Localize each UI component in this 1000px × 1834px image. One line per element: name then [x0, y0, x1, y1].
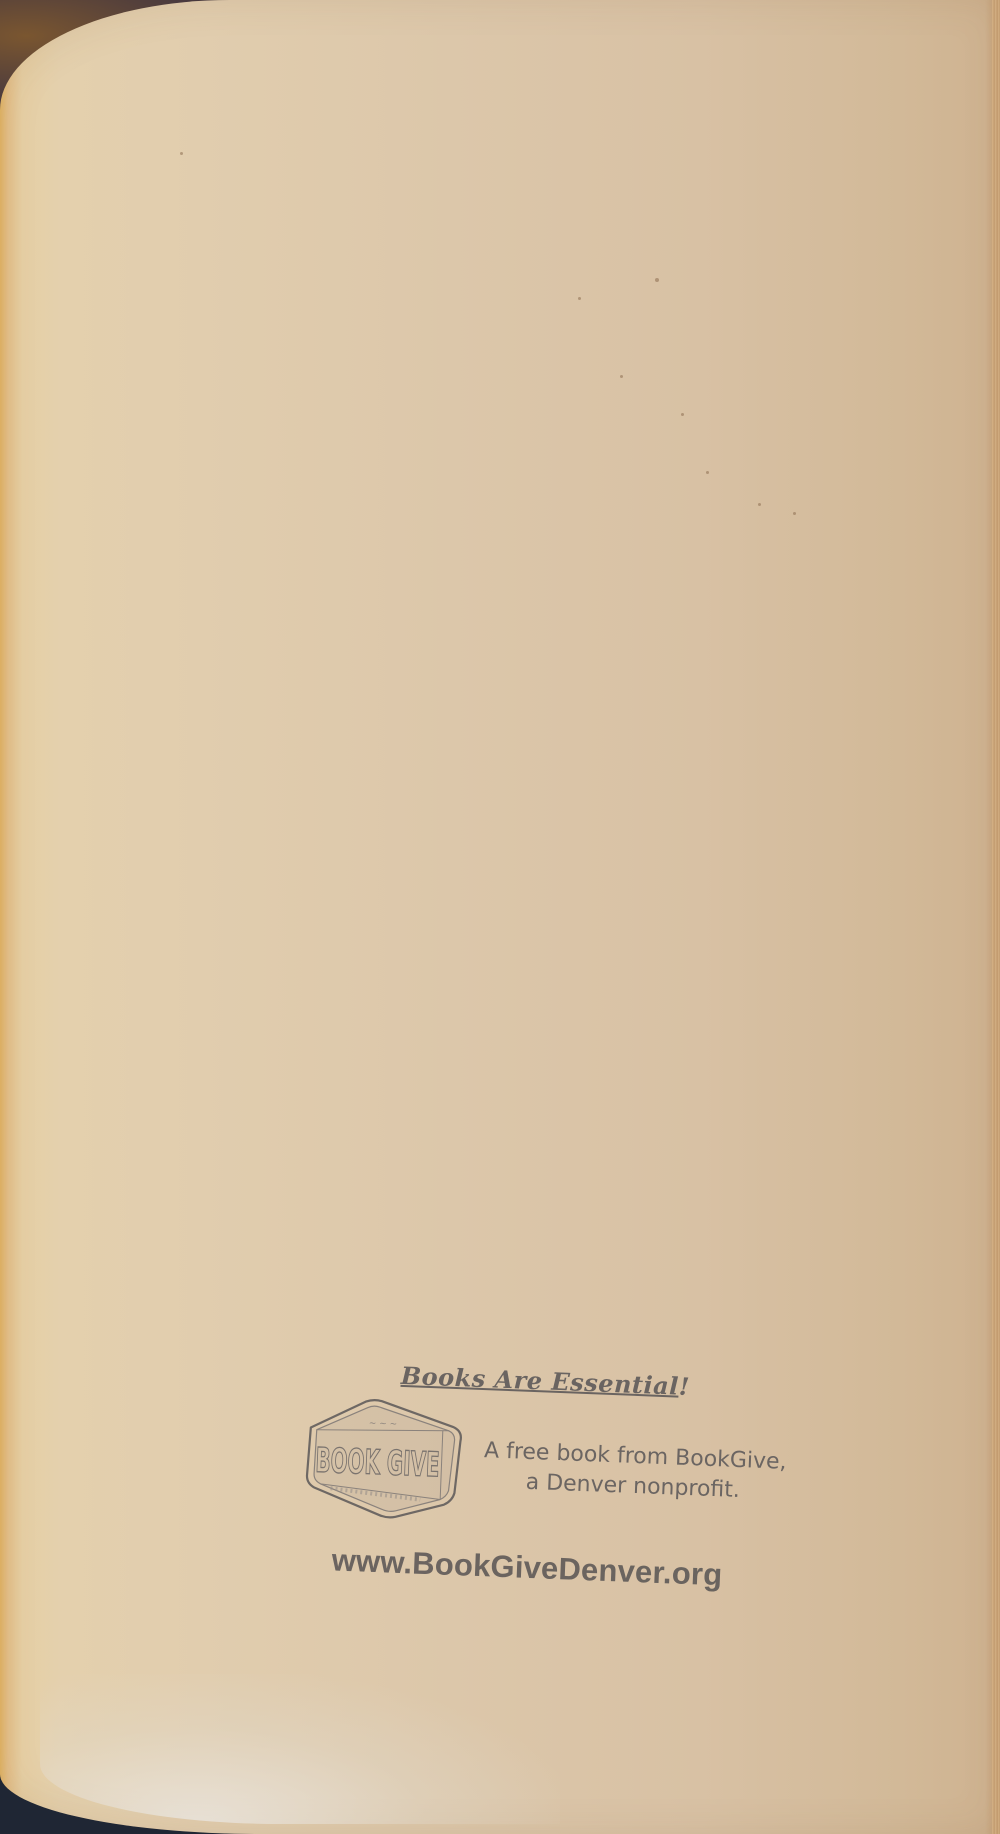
bookgive-stamp: Books Are Essential! ~ ~ ~ BOOK GIVE: [289, 1345, 799, 1644]
svg-text:~ ~ ~: ~ ~ ~: [369, 1419, 398, 1430]
logo-text: BOOK GIVE: [315, 1441, 440, 1486]
photo-scene: Books Are Essential! ~ ~ ~ BOOK GIVE: [0, 0, 1000, 1834]
paper-speck: [180, 152, 183, 155]
tagline-exclamation: !: [678, 1372, 690, 1401]
book-endpaper: Books Are Essential! ~ ~ ~ BOOK GIVE: [0, 0, 1000, 1834]
paper-speck: [681, 413, 684, 416]
paper-speck: [578, 297, 581, 300]
paper-speck: [758, 503, 761, 506]
paper-speck: [793, 512, 796, 515]
light-glare: [40, 1674, 560, 1824]
book-box-logo-icon: ~ ~ ~ BOOK GIVE: [299, 1395, 468, 1521]
paper-speck: [655, 278, 659, 282]
page-stack-edge: [992, 0, 1000, 1834]
paper-speck: [620, 375, 623, 378]
stamp-caption: A free book from BookGive, a Denver nonp…: [482, 1436, 784, 1507]
tagline-text: Books Are Essential: [400, 1361, 679, 1401]
stamp-tagline: Books Are Essential!: [400, 1361, 690, 1401]
paper-speck: [706, 471, 709, 474]
website-url: www.BookGiveDenver.org: [331, 1542, 723, 1593]
